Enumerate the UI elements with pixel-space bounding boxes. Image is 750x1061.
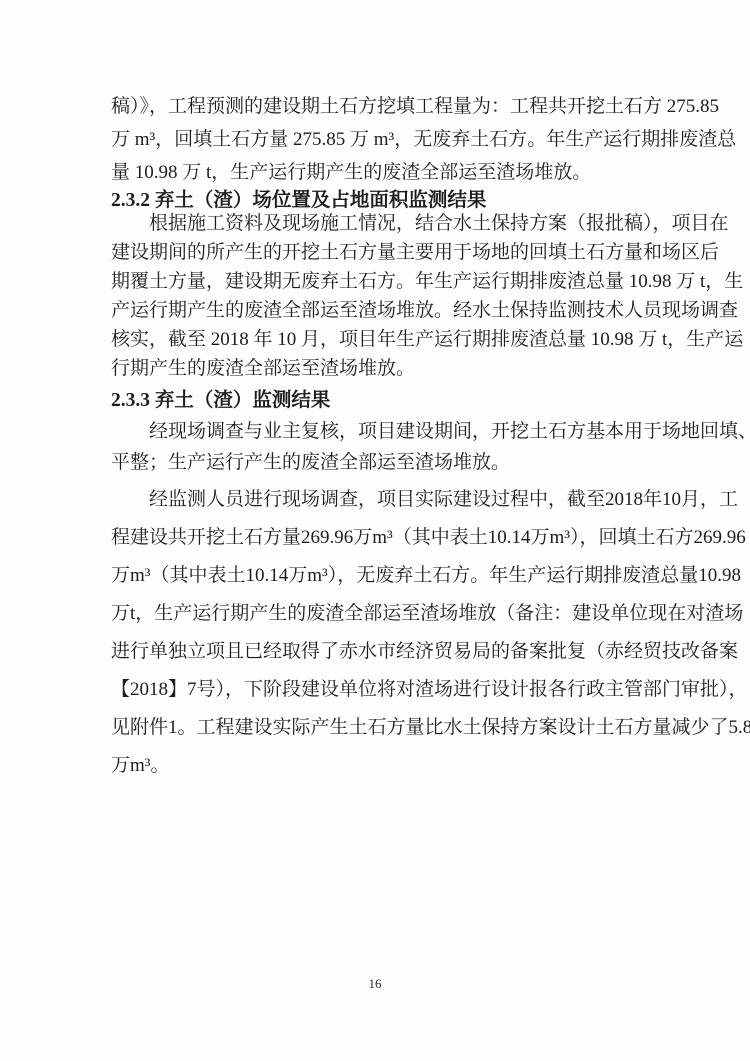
text-line: 产运行期产生的废渣全部运至渣场堆放。经水土保持监测技术人员现场调查 [111, 296, 639, 325]
text-line: 万m³。 [111, 747, 639, 785]
paragraph-232: 根据施工资料及现场施工情况，结合水土保持方案（报批稿），项目在 建设期间的所产生… [111, 209, 639, 383]
section-heading-233: 2.3.3 弃土（渣）监测结果 [111, 386, 639, 415]
text-line: 行期产生的废渣全部运至渣场堆放。 [111, 354, 639, 383]
text-line: 程建设共开挖土石方量269.96万m³（其中表土10.14万m³），回填土石方2… [111, 519, 639, 557]
text-line: 万m³（其中表土10.14万m³），无废弃土石方。年生产运行期排废渣总量10.9… [111, 557, 639, 595]
paragraph-continuation: 稿）》，工程预测的建设期土石方挖填工程量为：工程共开挖土石方 275.85 万 … [111, 90, 639, 189]
text-line: 【2018】7号），下阶段建设单位将对渣场进行设计报各行政主管部门审批）， [111, 671, 639, 709]
document-page: 稿）》，工程预测的建设期土石方挖填工程量为：工程共开挖土石方 275.85 万 … [0, 0, 750, 1061]
paragraph-233-2: 经监测人员进行现场调查，项目实际建设过程中，截至2018年10月，工 程建设共开… [111, 481, 639, 785]
text-line: 经现场调查与业主复核，项目建设期间，开挖土石方基本用于场地回填、 [111, 416, 639, 447]
text-line: 进行单独立项且已经取得了赤水市经济贸易局的备案批复（赤经贸技改备案 [111, 633, 639, 671]
text-line: 万 m³，回填土石方量 275.85 万 m³，无废弃土石方。年生产运行期排废渣… [111, 123, 639, 156]
text-line: 平整；生产运行产生的废渣全部运至渣场堆放。 [111, 447, 639, 478]
text-line: 稿）》，工程预测的建设期土石方挖填工程量为：工程共开挖土石方 275.85 [111, 90, 639, 123]
text-line: 建设期间的所产生的开挖土石方量主要用于场地的回填土石方量和场区后 [111, 238, 639, 267]
text-line: 核实，截至 2018 年 10 月，项目年生产运行期排废渣总量 10.98 万 … [111, 325, 639, 354]
text-line: 万t，生产运行期产生的废渣全部运至渣场堆放（备注：建设单位现在对渣场 [111, 595, 639, 633]
text-line: 期覆土方量，建设期无废弃土石方。年生产运行期排废渣总量 10.98 万 t，生 [111, 267, 639, 296]
text-line: 根据施工资料及现场施工情况，结合水土保持方案（报批稿），项目在 [111, 209, 639, 238]
page-number: 16 [0, 976, 750, 992]
paragraph-233-1: 经现场调查与业主复核，项目建设期间，开挖土石方基本用于场地回填、 平整；生产运行… [111, 416, 639, 478]
text-line: 经监测人员进行现场调查，项目实际建设过程中，截至2018年10月，工 [111, 481, 639, 519]
text-line: 量 10.98 万 t，生产运行期产生的废渣全部运至渣场堆放。 [111, 156, 639, 189]
text-line: 见附件1。工程建设实际产生土石方量比水土保持方案设计土石方量减少了5.89 [111, 709, 639, 747]
